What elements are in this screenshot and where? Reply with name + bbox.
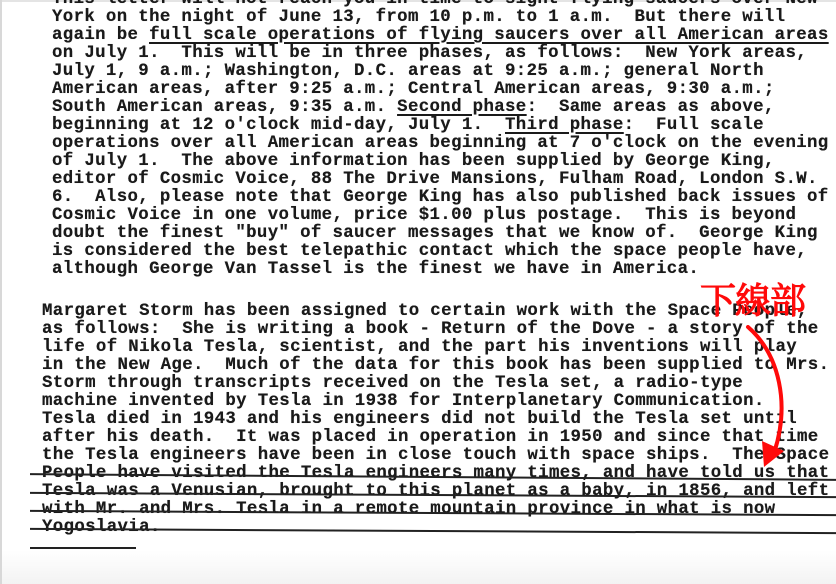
text-line: beginning at 12 o'clock mid-day, July 1.… <box>52 117 764 135</box>
text-line: York on the night of June 13, from 10 p.… <box>52 9 785 27</box>
underlined-text: Third phase <box>505 116 624 135</box>
text-line: July 1, 9 a.m.; Washington, D.C. areas a… <box>52 63 764 81</box>
text-segment: again be <box>52 26 149 45</box>
underlined-text: full scale operations of flying saucers … <box>149 26 829 45</box>
text-line: after his death. It was placed in operat… <box>42 429 819 447</box>
text-segment: : Full scale <box>624 116 764 135</box>
text-line: again be full scale operations of flying… <box>52 27 829 45</box>
text-line: life of Nikola Tesla, scientist, and the… <box>42 339 797 357</box>
text-line: on July 1. This will be in three phases,… <box>52 45 807 63</box>
text-line: doubt the finest "buy" of saucer message… <box>52 225 818 243</box>
text-line: as follows: She is writing a book - Retu… <box>42 321 819 339</box>
text-line: Tesla died in 1943 and his engineers did… <box>42 411 797 429</box>
underlined-text-line: the Tesla engineers have been in close t… <box>42 447 829 465</box>
text-line: machine invented by Tesla in 1938 for In… <box>42 393 765 411</box>
text-line: operations over all American areas begin… <box>52 135 829 153</box>
annotation-label: 下線部 <box>700 282 805 322</box>
underlined-text: Second phase <box>397 98 526 117</box>
text-line: South American areas, 9:35 a.m. Second p… <box>52 99 775 117</box>
text-line: is considered the best telepathic contac… <box>52 243 807 261</box>
text-line: editor of Cosmic Voice, 88 The Drive Man… <box>52 171 818 189</box>
curved-arrow-icon <box>740 325 836 475</box>
text-line: Storm through transcripts received on th… <box>42 375 743 393</box>
text-line: Cosmic Voice in one volume, price $1.00 … <box>52 207 796 225</box>
text-line: in the New Age. Much of the data for thi… <box>42 357 829 375</box>
text-line: 6. Also, please note that George King ha… <box>52 189 829 207</box>
text-line: of July 1. The above information has bee… <box>52 153 775 171</box>
text-line: although George Van Tassel is the finest… <box>52 261 699 279</box>
text-line: Margaret Storm has been assigned to cert… <box>42 303 808 321</box>
text-line: American areas, after 9:25 a.m.; Central… <box>52 81 775 99</box>
scanned-document-page: This letter will not reach you in time t… <box>0 0 836 584</box>
text-segment: : Same areas as above, <box>527 98 775 117</box>
text-segment: South American areas, 9:35 a.m. <box>52 98 397 117</box>
page-left-edge <box>0 0 2 584</box>
underline-rule <box>30 547 136 549</box>
text-segment: beginning at 12 o'clock mid-day, July 1. <box>52 116 505 135</box>
